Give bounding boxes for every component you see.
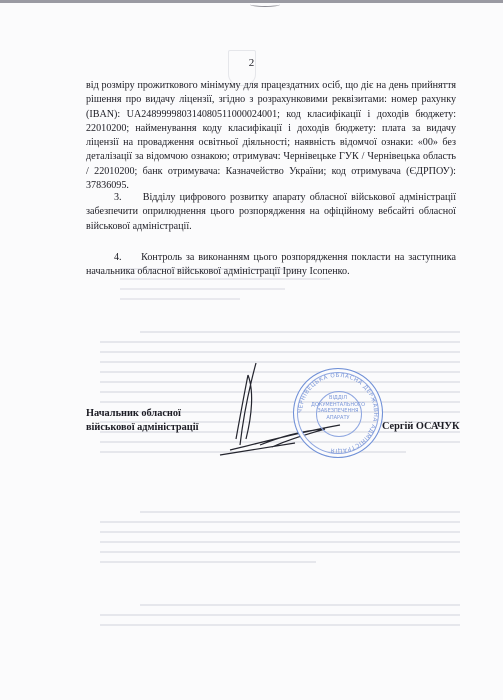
- position-line-1: Начальник обласної: [86, 407, 198, 421]
- paragraph-text: від розміру прожиткового мінімуму для пр…: [86, 79, 456, 193]
- position-line-2: військової адміністрації: [86, 421, 198, 435]
- official-stamp: ЧЕРНІВЕЦЬКА ОБЛАСНА ДЕРЖАВНА АДМІНІСТРАЦ…: [293, 368, 383, 458]
- item-4: 4. Контроль за виконанням цього розпоряд…: [86, 251, 456, 280]
- signer-name: Сергій ОСАЧУК: [382, 421, 459, 432]
- stamp-center-text: ВІДДІЛ ДОКУМЕНТАЛЬНОГО ЗАБЕЗПЕЧЕННЯ АПАР…: [310, 395, 366, 421]
- signatory-position: Начальник обласної військової адміністра…: [86, 407, 198, 435]
- stamp-line: ЗАБЕЗПЕЧЕННЯ: [310, 408, 366, 415]
- item-body: Контроль за виконанням цього розпоряджен…: [86, 252, 456, 277]
- document-page: 2 від розміру прожиткового мінімуму для …: [0, 0, 503, 700]
- item-number: 4.: [114, 252, 122, 263]
- item-3-text: 3. Відділу цифрового розвитку апарату об…: [86, 191, 456, 234]
- item-3: 3. Відділу цифрового розвитку апарату об…: [86, 191, 456, 234]
- stamp-line: АПАРАТУ: [310, 415, 366, 422]
- bleed-through-block-2: [100, 505, 460, 571]
- paragraph-payment-details: від розміру прожиткового мінімуму для пр…: [86, 79, 456, 193]
- item-body: Відділу цифрового розвитку апарату облас…: [86, 192, 456, 232]
- bleed-through-block-3: [100, 598, 460, 634]
- item-4-text: 4. Контроль за виконанням цього розпоряд…: [86, 251, 456, 280]
- scan-paper-curl: [250, 2, 280, 7]
- item-number: 3.: [114, 192, 122, 203]
- page-number: 2: [0, 57, 503, 69]
